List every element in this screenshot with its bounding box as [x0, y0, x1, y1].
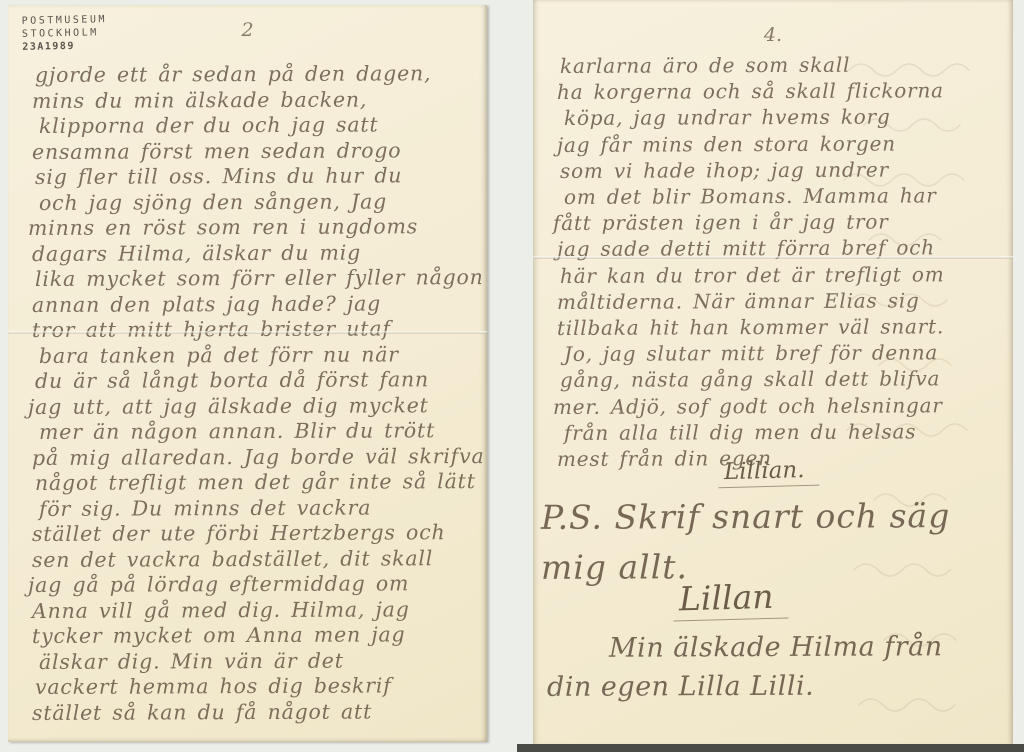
handwritten-line: sen det vackra badstället, dit skall: [32, 546, 482, 573]
handwritten-line: du är så långt borta då först fann: [35, 367, 482, 394]
handwritten-line: tycker mycket om Anna men jag: [32, 622, 482, 649]
handwritten-line: Anna vill gå med dig. Hilma, jag: [32, 597, 482, 624]
page-number-right: 4.: [533, 24, 1013, 46]
handwritten-line: tror att mitt hjerta brister utaf: [32, 316, 482, 343]
stamp-date: 23A1989: [22, 39, 107, 54]
handwritten-line: ha korgerna och så skall flickorna: [557, 77, 1007, 105]
handwritten-line: tillbaka hit han kommer väl snart.: [557, 313, 1007, 341]
handwritten-line: stället så kan du få något att: [32, 699, 482, 726]
handwritten-line: minns en röst som ren i ungdoms: [28, 214, 482, 241]
page-number-left: 2: [8, 19, 487, 41]
handwritten-line: stället der ute förbi Hertzbergs och: [32, 520, 482, 547]
handwritten-line: gång, nästa gång skall dett blifva: [560, 365, 1007, 393]
handwritten-text-page-4: karlarna äro de som skallha korgerna och…: [557, 52, 1007, 471]
scanner-shadow: [517, 744, 1024, 752]
handwritten-line: mins du min älskade backen,: [32, 87, 482, 114]
letter-page-2: POSTMUSEUM STOCKHOLM 23A1989 2 gjorde et…: [8, 5, 487, 742]
closing-line: din egen Lilla Lilli.: [547, 666, 943, 707]
handwritten-line: måltiderna. När ämnar Elias sig: [557, 287, 1007, 315]
postscript-line: P.S. Skrif snart och säg: [541, 491, 950, 543]
handwritten-line: om det blir Bomans. Mamma har: [564, 182, 1007, 210]
handwritten-line: från alla till dig men du helsas: [564, 418, 1007, 446]
signature-lillian-text: Lillian.: [718, 457, 819, 489]
handwritten-line: fått prästen igen i år jag tror: [553, 208, 1007, 236]
handwritten-line: älskar dig. Min vän är det: [39, 648, 482, 675]
handwritten-line: vackert hemma hos dig beskrif: [35, 673, 482, 700]
handwritten-line: köpa, jag undrar hvems korg: [564, 103, 1007, 131]
handwritten-line: för sig. Du minns det vackra: [39, 495, 482, 522]
handwritten-line: mer än någon annan. Blir du trött: [39, 418, 482, 445]
handwritten-line: Jo, jag slutar mitt bref för denna: [564, 339, 1007, 367]
signature-lillan-text: Lillan: [672, 577, 788, 622]
signature-lillian: Lillian.: [718, 458, 819, 487]
handwritten-line: dagars Hilma, älskar du mig: [32, 240, 482, 267]
letter-page-4: 4. karlarna äro de som skallha korgerna …: [533, 0, 1013, 746]
handwritten-line: mer. Adjö, sof godt och helsningar: [553, 392, 1007, 420]
handwritten-line: jag utt, att jag älskade dig mycket: [28, 393, 482, 420]
handwritten-line: lika mycket som förr eller fyller någon: [35, 265, 482, 292]
handwritten-line: något trefligt men det går inte så lätt: [35, 469, 482, 496]
scanned-letter: POSTMUSEUM STOCKHOLM 23A1989 2 gjorde et…: [0, 0, 1024, 752]
handwritten-text-page-2: gjorde ett år sedan på den dagen,mins du…: [32, 62, 482, 725]
signature-lillan: Lillan: [673, 578, 788, 620]
handwritten-line: annan den plats jag hade? jag: [32, 291, 482, 318]
handwritten-line: som vi hade ihop; jag undrer: [560, 156, 1007, 184]
handwritten-line: bara tanken på det förr nu när: [39, 342, 482, 369]
handwritten-line: och jag sjöng den sången, Jag: [39, 189, 482, 216]
fold-crease: [533, 256, 1013, 259]
fold-crease: [8, 331, 487, 334]
handwritten-line: jag gå på lördag eftermiddag om: [28, 571, 482, 598]
handwritten-line: här kan du tror det är trefligt om: [560, 261, 1007, 289]
handwritten-line: karlarna äro de som skall: [560, 51, 1007, 79]
handwritten-line: gjorde ett år sedan på den dagen,: [35, 61, 482, 88]
closing-line: Min älskade Hilma från: [609, 627, 943, 667]
closing-dedication: Min älskade Hilma från din egen Lilla Li…: [547, 628, 943, 706]
handwritten-line: på mig allaredan. Jag borde väl skrifva: [32, 444, 482, 471]
handwritten-line: ensamna först men sedan drogo: [32, 138, 482, 165]
handwritten-line: klipporna der du och jag satt: [39, 112, 482, 139]
handwritten-line: jag får mins den stora korgen: [557, 130, 1007, 158]
handwritten-line: sig fler till oss. Mins du hur du: [35, 163, 482, 190]
